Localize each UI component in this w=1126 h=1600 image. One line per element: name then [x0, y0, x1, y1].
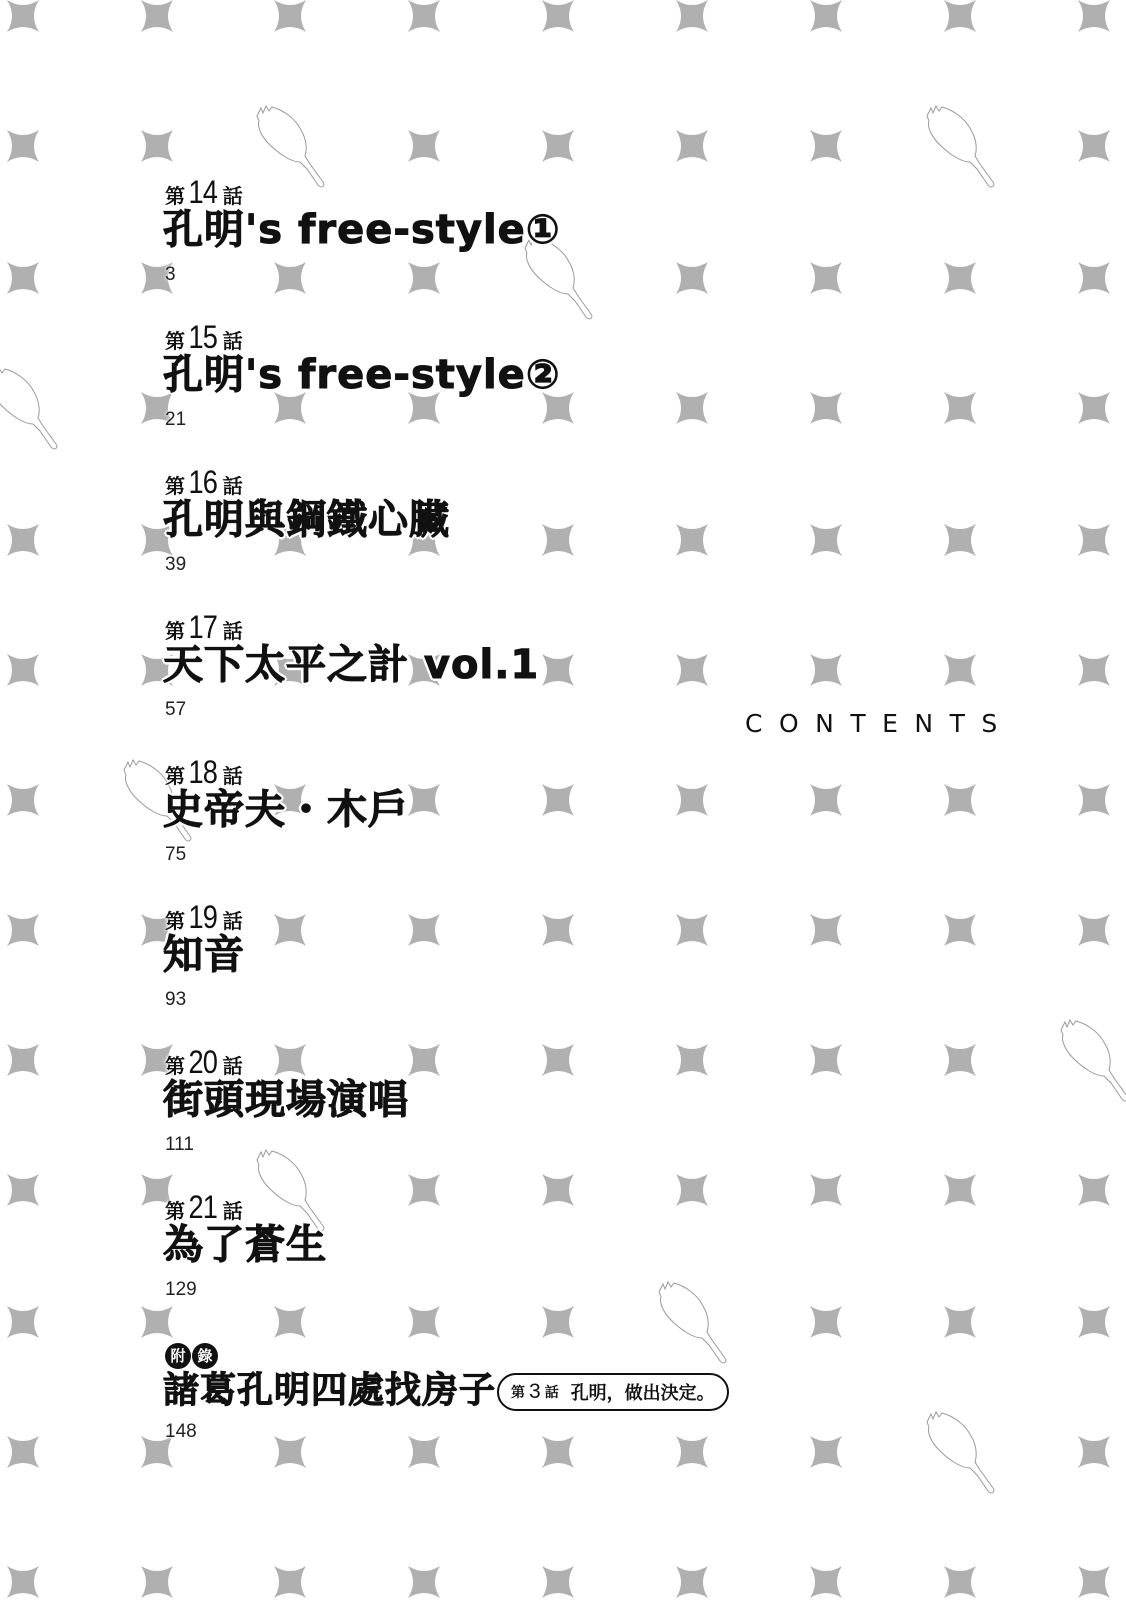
chapter-label: 第20話	[165, 1046, 243, 1078]
star-icon	[408, 1306, 440, 1338]
star-icon	[141, 0, 173, 32]
chapter-number: 21	[189, 1191, 218, 1223]
star-icon	[676, 392, 708, 424]
star-icon	[542, 1436, 574, 1468]
feather-icon	[0, 368, 57, 449]
feather-icon	[927, 1412, 994, 1493]
star-icon	[542, 914, 574, 946]
star-icon	[1078, 0, 1110, 32]
star-icon	[408, 1174, 440, 1206]
star-icon	[676, 1436, 708, 1468]
star-icon	[274, 1306, 306, 1338]
star-icon	[810, 524, 842, 556]
star-icon	[408, 1436, 440, 1468]
chapter-number: 16	[189, 466, 218, 498]
star-icon	[1078, 654, 1110, 686]
star-icon	[676, 1566, 708, 1598]
star-icon	[676, 1174, 708, 1206]
star-icon	[1078, 524, 1110, 556]
appendix-episode-title: 孔明，做出決定。	[571, 1379, 715, 1405]
star-icon	[408, 0, 440, 32]
star-icon	[944, 1306, 976, 1338]
star-icon	[676, 262, 708, 294]
star-icon	[141, 1566, 173, 1598]
star-icon	[542, 654, 574, 686]
chapter-number: 14	[189, 176, 218, 208]
star-icon	[1078, 1566, 1110, 1598]
star-icon	[542, 1306, 574, 1338]
star-icon	[1078, 914, 1110, 946]
star-icon	[810, 130, 842, 162]
chapter-label: 第18話	[165, 756, 243, 788]
chapter-page-number: 93	[165, 989, 186, 1011]
star-icon	[7, 1174, 39, 1206]
star-icon	[7, 654, 39, 686]
star-icon	[542, 130, 574, 162]
star-icon	[1078, 1306, 1110, 1338]
star-icon	[944, 914, 976, 946]
star-icon	[810, 0, 842, 32]
star-icon	[408, 130, 440, 162]
chapter-title: 史帝夫・木戶	[163, 790, 409, 830]
star-icon	[7, 0, 39, 32]
chapter-number: 17	[189, 611, 218, 643]
chapter-label: 第17話	[165, 611, 243, 643]
star-icon	[1078, 784, 1110, 816]
appendix-title: 諸葛孔明四處找房子	[163, 1373, 496, 1409]
appendix-episode-number: 3	[529, 1380, 541, 1404]
chapter-label: 第16話	[165, 466, 243, 498]
star-icon	[676, 524, 708, 556]
star-icon	[408, 1566, 440, 1598]
star-icon	[810, 392, 842, 424]
appendix-badge-lu: 錄	[192, 1343, 218, 1369]
star-icon	[7, 914, 39, 946]
star-icon	[944, 1174, 976, 1206]
star-icon	[141, 130, 173, 162]
chapter-page-number: 75	[165, 844, 186, 866]
star-icon	[542, 784, 574, 816]
star-icon	[408, 1044, 440, 1076]
star-icon	[274, 0, 306, 32]
contents-heading: CONTENTS	[745, 709, 1014, 738]
star-icon	[274, 914, 306, 946]
appendix-episode-pill: 第3話孔明，做出決定。	[497, 1373, 729, 1411]
star-icon	[810, 914, 842, 946]
star-icon	[810, 262, 842, 294]
chapter-title: 孔明's free-style②	[163, 355, 561, 395]
chapter-title: 為了蒼生	[163, 1225, 327, 1265]
appendix-badge-fu: 附	[165, 1343, 191, 1369]
star-icon	[408, 784, 440, 816]
star-icon	[1078, 262, 1110, 294]
chapter-label: 第21話	[165, 1191, 243, 1223]
star-icon	[944, 1566, 976, 1598]
star-icon	[676, 784, 708, 816]
star-icon	[274, 262, 306, 294]
star-icon	[1078, 1174, 1110, 1206]
appendix-badges: 附錄	[165, 1343, 219, 1369]
chapter-number: 19	[189, 901, 218, 933]
star-icon	[676, 130, 708, 162]
chapter-label: 第14話	[165, 176, 243, 208]
feather-icon	[927, 106, 994, 187]
star-icon	[1078, 392, 1110, 424]
star-icon	[7, 1566, 39, 1598]
chapter-number: 20	[189, 1046, 218, 1078]
feather-icon	[257, 106, 324, 187]
chapter-label: 第15話	[165, 321, 243, 353]
star-icon	[7, 1306, 39, 1338]
star-icon	[944, 784, 976, 816]
feather-icon	[659, 1282, 726, 1363]
star-icon	[810, 1044, 842, 1076]
feather-icon	[257, 1150, 324, 1231]
star-icon	[408, 914, 440, 946]
star-icon	[676, 0, 708, 32]
chapter-page-number: 129	[165, 1279, 197, 1301]
star-icon	[274, 1044, 306, 1076]
star-icon	[944, 524, 976, 556]
star-icon	[944, 0, 976, 32]
chapter-page-number: 39	[165, 554, 186, 576]
star-icon	[810, 784, 842, 816]
chapter-title: 孔明's free-style①	[163, 210, 561, 250]
star-icon	[810, 1436, 842, 1468]
star-icon	[542, 1044, 574, 1076]
star-icon	[274, 1566, 306, 1598]
star-icon	[7, 1044, 39, 1076]
star-icon	[7, 524, 39, 556]
feather-icon	[1061, 1020, 1126, 1101]
star-icon	[7, 784, 39, 816]
star-icon	[944, 1044, 976, 1076]
star-icon	[676, 914, 708, 946]
star-icon	[7, 130, 39, 162]
star-icon	[944, 654, 976, 686]
star-icon	[810, 1566, 842, 1598]
star-icon	[7, 1436, 39, 1468]
star-icon	[944, 262, 976, 294]
star-icon	[542, 0, 574, 32]
chapter-page-number: 57	[165, 699, 186, 721]
star-icon	[7, 262, 39, 294]
chapter-number: 15	[189, 321, 218, 353]
chapter-page-number: 111	[165, 1134, 194, 1156]
chapter-title: 知音	[163, 935, 245, 975]
star-icon	[542, 1174, 574, 1206]
star-icon	[944, 392, 976, 424]
star-icon	[274, 1436, 306, 1468]
star-icon	[676, 654, 708, 686]
chapter-title: 街頭現場演唱	[163, 1080, 409, 1120]
chapter-page-number: 3	[165, 264, 176, 286]
star-icon	[1078, 1436, 1110, 1468]
star-icon	[542, 524, 574, 556]
star-icon	[542, 1566, 574, 1598]
chapter-label: 第19話	[165, 901, 243, 933]
chapter-title: 天下太平之計 vol.1	[163, 645, 539, 685]
star-icon	[676, 1044, 708, 1076]
star-icon	[1078, 130, 1110, 162]
chapter-page-number: 21	[165, 409, 186, 431]
star-icon	[141, 1306, 173, 1338]
chapter-title: 孔明與鋼鐵心臟	[163, 500, 450, 540]
star-icon	[810, 654, 842, 686]
chapter-number: 18	[189, 756, 218, 788]
star-icon	[408, 262, 440, 294]
appendix-page-number: 148	[165, 1421, 197, 1443]
star-icon	[810, 1174, 842, 1206]
star-icon	[810, 1306, 842, 1338]
